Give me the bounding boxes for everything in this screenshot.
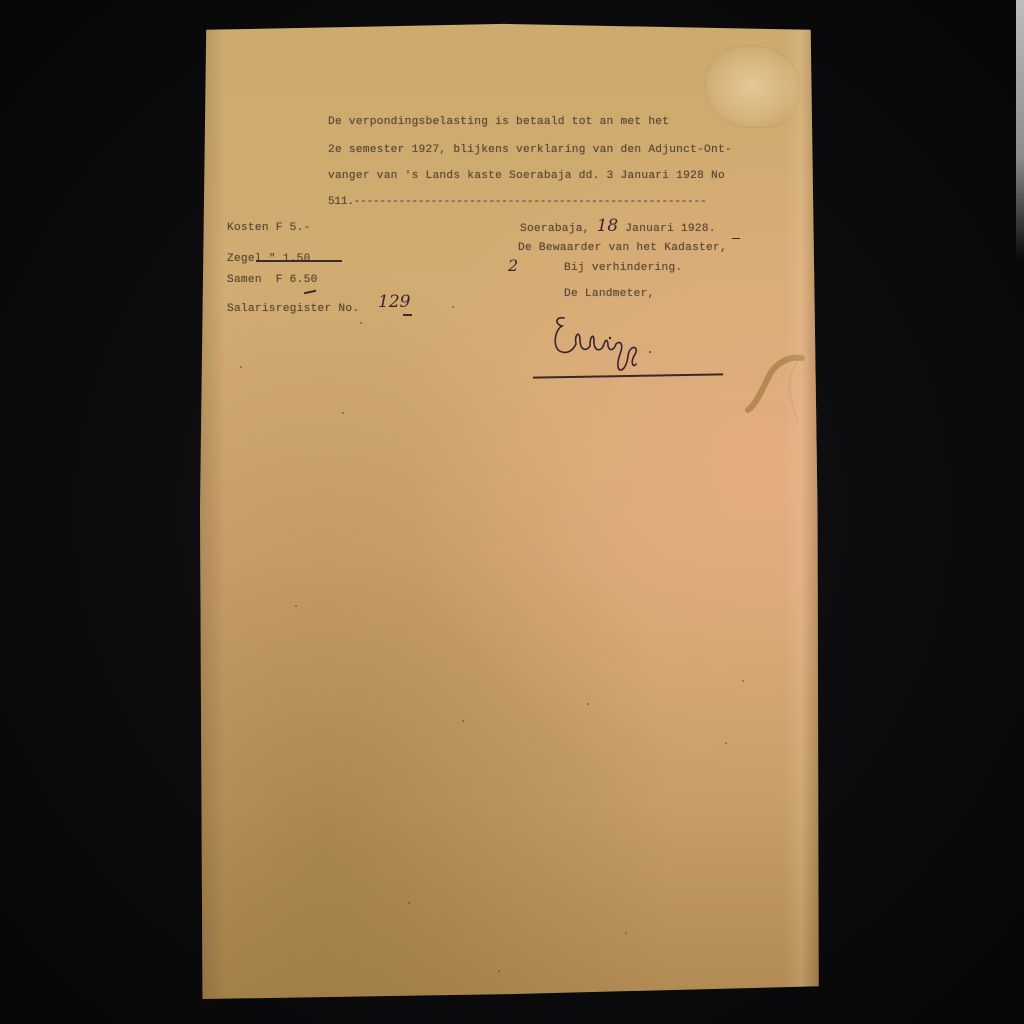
paper-speck	[452, 306, 454, 308]
paper-speck	[295, 605, 297, 607]
paper-speck	[462, 720, 464, 722]
adjacent-page-edge	[1016, 0, 1024, 260]
paragraph-line-4: 511.------------------------------------…	[328, 196, 706, 208]
signatory-line-3: De Landmeter,	[564, 288, 655, 300]
paragraph-line-3: vanger van 's Lands kaste Soerabaja dd. …	[328, 170, 725, 182]
date-day: 18	[597, 216, 619, 236]
signatory-line-2: Bij verhindering.	[564, 262, 682, 274]
signatory-line-1: De Bewaarder van het Kadaster,	[518, 242, 727, 254]
paper-speck	[725, 742, 727, 744]
paper-speck	[742, 680, 744, 682]
fee-kosten: Kosten F 5.-	[227, 222, 311, 234]
paragraph-line-2: 2e semester 1927, blijkens verklaring va…	[328, 144, 732, 156]
place-date: Soerabaja, 18 Januari 1928.	[520, 216, 716, 236]
embossed-seal	[705, 46, 799, 128]
date-rest: Januari 1928.	[618, 223, 716, 235]
paper-speck	[625, 932, 627, 934]
paper-speck	[498, 970, 500, 972]
paper-speck	[408, 902, 410, 904]
paper-speck	[360, 322, 362, 324]
salaris-number: 129	[378, 292, 410, 312]
fee-zegel: Zegel " 1.50	[227, 248, 311, 266]
fee-samen: Samen F 6.50	[227, 274, 318, 286]
salaris-tick	[403, 314, 412, 316]
paragraph-line-1: De verpondingsbelasting is betaald tot a…	[328, 116, 669, 128]
paper-speck	[342, 412, 344, 414]
paper-stain	[730, 350, 820, 440]
paper-speck	[587, 703, 589, 705]
date-dash	[732, 238, 740, 239]
signature	[550, 308, 690, 378]
margin-mark: 2	[508, 256, 518, 275]
place: Soerabaja,	[520, 223, 597, 235]
zegel-underline	[256, 260, 342, 262]
fee-zegel-label: Zegel	[227, 253, 269, 265]
fee-zegel-value: " 1.50	[269, 253, 311, 265]
salaris-label: Salarisregister No.	[227, 303, 366, 315]
document-page: De verpondingsbelasting is betaald tot a…	[200, 20, 820, 1000]
photo-stage: De verpondingsbelasting is betaald tot a…	[0, 0, 1024, 1024]
samen-underline-mark	[304, 290, 316, 294]
paper-speck	[240, 366, 242, 368]
salaris-register: Salarisregister No.	[227, 298, 366, 316]
